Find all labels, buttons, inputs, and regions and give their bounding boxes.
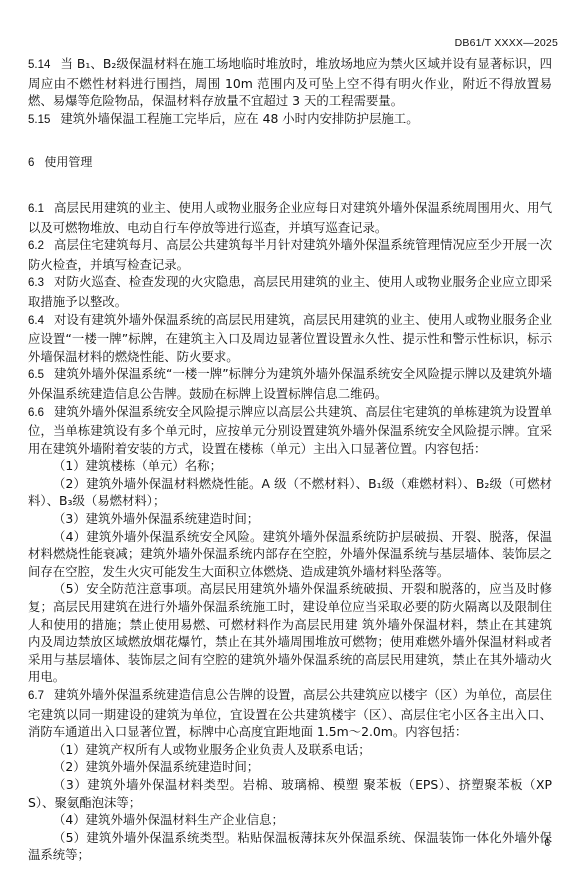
clause-5-15: 5.15建筑外墙保温工程施工完毕后，应在 48 小时内安排防护层施工。: [28, 110, 552, 130]
clause-text: 当 B₁、B₂级保温材料在施工场地临时堆放时，堆放场地应为禁火区域并设有显著标识…: [28, 56, 552, 108]
list-item: （1）建筑楼栋（单元）名称；: [28, 457, 552, 475]
clause-text: 建筑外墙外保温系统安全风险提示牌应以高层公共建筑、高层住宅建筑的单栋建筑为设置单…: [28, 404, 552, 456]
section-heading: 6使用管理: [28, 154, 552, 173]
clause-text: 高层住宅建筑每月、高层公共建筑每半月针对建筑外墙外保温系统管理情况应至少开展一次…: [28, 237, 552, 272]
clause-number: 5.14: [28, 59, 50, 71]
clause-number: 6.1: [28, 203, 44, 215]
clause-number: 6.4: [28, 315, 44, 327]
list-item: （3）建筑外墙外保温材料类型。岩棉、玻璃棉、模塑 聚苯板（EPS）、挤塑聚苯板（…: [28, 776, 552, 811]
clause-number: 6.2: [28, 240, 44, 252]
section-number: 6: [28, 157, 34, 169]
clause-number: 5.15: [28, 114, 50, 126]
clause-text: 建筑外墙外保温系统“一楼一牌”标牌分为建筑外墙外保温系统安全风险提示牌以及建筑外…: [28, 366, 552, 401]
clause-5-14: 5.14当 B₁、B₂级保温材料在施工场地临时堆放时，堆放场地应为禁火区域并设有…: [28, 55, 552, 110]
list-item: （1）建筑产权所有人或物业服务企业负责人及联系电话；: [28, 741, 552, 759]
list-item: （5）建筑外墙外保温系统类型。粘贴保温板薄抹灰外保温系统、保温装饰一体化外墙外保…: [28, 829, 552, 864]
document-code: DB61/T XXXX—2025: [455, 37, 558, 49]
section-title: 使用管理: [44, 155, 92, 169]
clause-6-2: 6.2高层住宅建筑每月、高层公共建筑每半月针对建筑外墙外保温系统管理情况应至少开…: [28, 236, 552, 273]
list-item: （4）建筑外墙外保温材料生产企业信息；: [28, 811, 552, 829]
list-item: （4）建筑外墙外保温系统安全风险。建筑外墙外保温系统防护层破损、开裂、脱落，保温…: [28, 528, 552, 581]
clause-6-1: 6.1高层民用建筑的业主、使用人或物业服务企业应每日对建筑外墙外保温系统周围用火…: [28, 199, 552, 236]
clause-number: 6.7: [28, 690, 44, 702]
clause-text: 建筑外墙外保温系统建造信息公告牌的设置，高层公共建筑应以楼宇（区）为单位，高层住…: [28, 687, 552, 739]
clause-text: 对设有建筑外墙外保温系统的高层民用建筑，高层民用建筑的业主、使用人或物业服务企业…: [28, 312, 552, 364]
clause-6-3: 6.3对防火巡查、检查发现的火灾隐患，高层民用建筑的业主、使用人或物业服务企业应…: [28, 273, 552, 310]
clause-6-6: 6.6建筑外墙外保温系统安全风险提示牌应以高层公共建筑、高层住宅建筑的单栋建筑为…: [28, 403, 552, 458]
list-item: （3）建筑外墙外保温系统建造时间；: [28, 510, 552, 528]
clause-number: 6.3: [28, 277, 44, 289]
list-item: （5）安全防范注意事项。高层民用建筑外墙外保温系统破损、开裂和脱落的，应当及时修…: [28, 580, 552, 686]
clause-number: 6.5: [28, 369, 44, 381]
clause-6-7: 6.7建筑外墙外保温系统建造信息公告牌的设置，高层公共建筑应以楼宇（区）为单位，…: [28, 686, 552, 741]
clause-text: 建筑外墙保温工程施工完毕后，应在 48 小时内安排防护层施工。: [60, 111, 418, 126]
clause-text: 对防火巡查、检查发现的火灾隐患，高层民用建筑的业主、使用人或物业服务企业应立即采…: [28, 274, 552, 309]
list-item: （2）建筑外墙外保温系统建造时间；: [28, 758, 552, 776]
page-number: 6: [544, 838, 550, 849]
document-body: 5.14当 B₁、B₂级保温材料在施工场地临时堆放时，堆放场地应为禁火区域并设有…: [28, 55, 552, 864]
clause-text: 高层民用建筑的业主、使用人或物业服务企业应每日对建筑外墙外保温系统周围用火、用气…: [28, 200, 552, 235]
list-item: （2）建筑外墙外保温材料燃烧性能。A 级（不燃材料）、B₁级（难燃材料）、B₂级…: [28, 475, 552, 510]
clause-6-5: 6.5建筑外墙外保温系统“一楼一牌”标牌分为建筑外墙外保温系统安全风险提示牌以及…: [28, 365, 552, 402]
clause-6-4: 6.4对设有建筑外墙外保温系统的高层民用建筑，高层民用建筑的业主、使用人或物业服…: [28, 311, 552, 366]
clause-number: 6.6: [28, 407, 44, 419]
document-page: DB61/T XXXX—2025 5.14当 B₁、B₂级保温材料在施工场地临时…: [0, 0, 580, 875]
